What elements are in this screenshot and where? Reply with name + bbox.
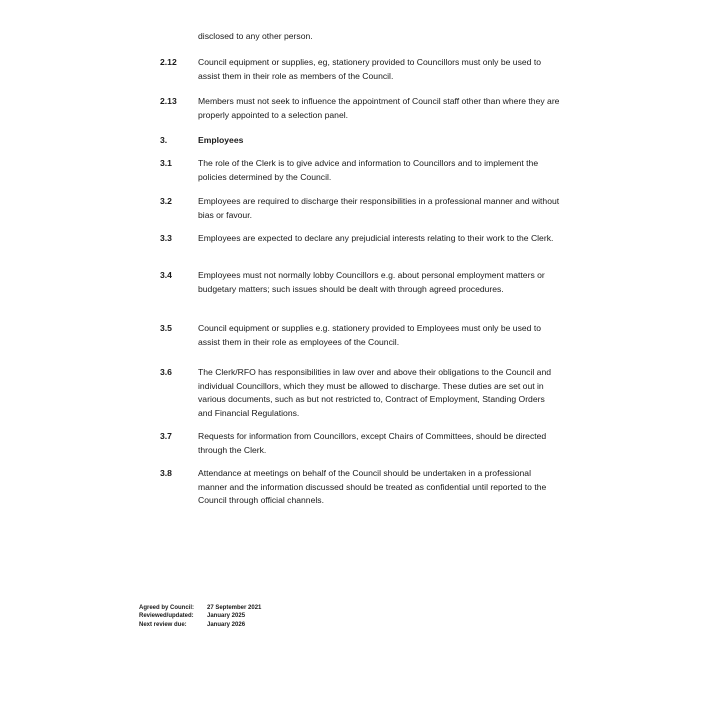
section-number: 3.6	[160, 366, 196, 380]
footer-row-reviewed: Reviewed/updated: January 2025	[139, 612, 261, 620]
document-footer: Agreed by Council: 27 September 2021 Rev…	[139, 604, 261, 629]
section-number: 3.3	[160, 232, 196, 246]
section-number: 3.4	[160, 269, 196, 283]
section-3-3: 3.3 Employees are expected to declare an…	[160, 232, 560, 246]
section-3-5: 3.5 Council equipment or supplies e.g. s…	[160, 322, 560, 349]
footer-row-next-review: Next review due: January 2026	[139, 621, 261, 629]
section-number: 3.1	[160, 157, 196, 171]
section-text: Council equipment or supplies, eg, stati…	[198, 56, 560, 83]
section-text: The role of the Clerk is to give advice …	[198, 157, 560, 184]
section-3-2: 3.2 Employees are required to discharge …	[160, 195, 560, 222]
section-3-1: 3.1 The role of the Clerk is to give adv…	[160, 157, 560, 184]
section-text: Council equipment or supplies e.g. stati…	[198, 322, 560, 349]
section-number: 2.12	[160, 56, 196, 70]
section-text: Employees are required to discharge thei…	[198, 195, 560, 222]
section-3-6: 3.6 The Clerk/RFO has responsibilities i…	[160, 366, 560, 420]
section-3-8: 3.8 Attendance at meetings on behalf of …	[160, 467, 560, 508]
footer-row-agreed: Agreed by Council: 27 September 2021	[139, 604, 261, 612]
section-text: Employees are expected to declare any pr…	[198, 232, 560, 246]
section-heading: Employees	[198, 134, 560, 148]
section-3-4: 3.4 Employees must not normally lobby Co…	[160, 269, 560, 296]
section-number: 3.2	[160, 195, 196, 209]
section-heading-employees: 3. Employees	[160, 134, 560, 148]
section-text: Requests for information from Councillor…	[198, 430, 560, 457]
section-text: Attendance at meetings on behalf of the …	[198, 467, 560, 508]
document-page: disclosed to any other person. 2.12 Coun…	[0, 0, 720, 720]
section-2-13: 2.13 Members must not seek to influence …	[160, 95, 560, 122]
section-3-7: 3.7 Requests for information from Counci…	[160, 430, 560, 457]
section-number: 3.7	[160, 430, 196, 444]
section-2-12: 2.12 Council equipment or supplies, eg, …	[160, 56, 560, 83]
section-number: 3.5	[160, 322, 196, 336]
section-number: 2.13	[160, 95, 196, 109]
section-number: 3.8	[160, 467, 196, 481]
continuation-text: disclosed to any other person.	[160, 30, 560, 44]
section-text: Members must not seek to influence the a…	[198, 95, 560, 122]
section-text: Employees must not normally lobby Counci…	[198, 269, 560, 296]
section-text: The Clerk/RFO has responsibilities in la…	[198, 366, 560, 420]
section-number: 3.	[160, 134, 196, 148]
